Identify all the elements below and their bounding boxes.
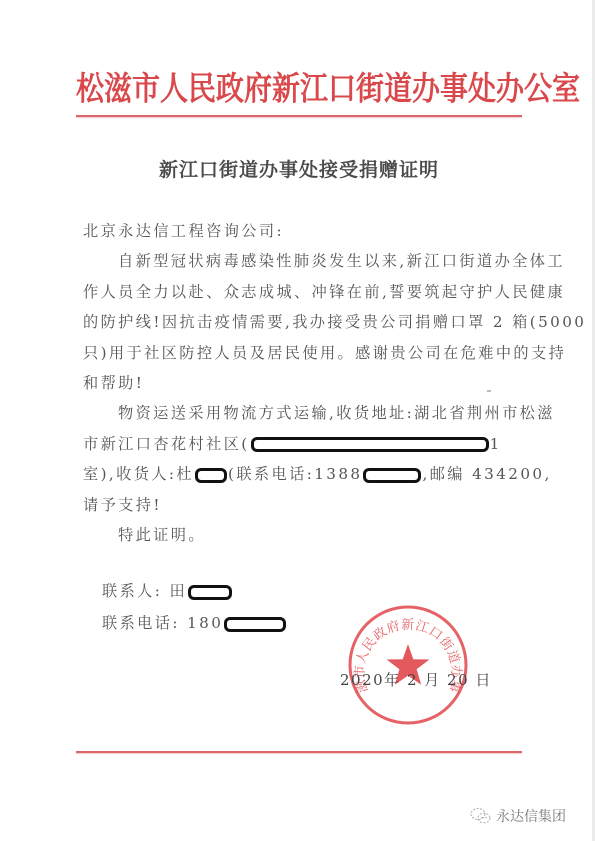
address-suffix: 1: [490, 435, 502, 453]
closing-statement: 特此证明。: [83, 520, 523, 550]
letterhead-rule-bottom: [76, 751, 522, 753]
paragraph-line: 作人员全力以赴、众志成城、冲锋在前,誓要筑起守护人民健康: [83, 277, 523, 307]
paragraph-gratitude: 自新型冠状病毒感染性肺炎发生以来,新江口街道办全体工: [83, 246, 523, 276]
paragraph-line: 只)用于社区防控人员及居民使用。感谢贵公司在危难中的支持: [83, 338, 523, 368]
contact-block: 联系人: 田 联系电话: 180: [102, 575, 287, 639]
redaction-contact-name: [188, 585, 232, 600]
contact-person: 联系人: 田: [102, 575, 287, 607]
paragraph-shipping-cont: 市新江口杏花村社区(1 室),收货人:杜(联系电话:1388,邮编 434200…: [83, 429, 523, 520]
watermark-label: 永达信集团: [496, 806, 566, 826]
contact-phone-label: 联系电话:: [102, 614, 180, 632]
official-seal: 松滋市人民政府新江口街道办事处: [347, 604, 469, 726]
recipient-prefix: 室),收货人:杜: [83, 465, 194, 483]
paragraph-line: 请予支持!: [83, 490, 523, 520]
letterhead-rule-top: [76, 115, 522, 117]
paragraph-line: 市新江口杏花村社区(1: [83, 429, 523, 459]
letterhead-title: 松滋市人民政府新江口街道办事处办公室: [76, 66, 522, 112]
postal-code: ,邮编 434200,: [422, 465, 551, 483]
document-title: 新江口街道办事处接受捐赠证明: [76, 155, 522, 182]
redaction-recipient-name: [195, 468, 227, 483]
paragraph-shipping: 物资运送采用物流方式运输,收货地址:湖北省荆州市松滋: [83, 398, 523, 428]
wechat-icon: [470, 807, 492, 825]
redaction-recipient-phone: [363, 468, 421, 483]
paragraph-line: 的防护线!因抗击疫情需要,我办接受贵公司捐赠口罩 2 箱(5000: [83, 307, 523, 337]
paragraph-line: 室),收货人:杜(联系电话:1388,邮编 434200,: [83, 459, 523, 489]
scan-mark: [487, 390, 491, 392]
redaction-address: [251, 437, 489, 452]
paragraph-line: 物资运送采用物流方式运输,收货地址:湖北省荆州市松滋: [83, 398, 523, 428]
paragraph-line: 和帮助!: [83, 368, 523, 398]
salutation: 北京永达信工程咨询公司:: [83, 216, 523, 246]
paragraph-line: 自新型冠状病毒感染性肺炎发生以来,新江口街道办全体工: [83, 246, 523, 276]
redaction-contact-phone: [224, 617, 286, 632]
contact-phone: 联系电话: 180: [102, 607, 287, 639]
contact-phone-value: 180: [187, 614, 223, 632]
address-prefix: 市新江口杏花村社区(: [83, 435, 250, 453]
recipient-phone: (联系电话:1388: [228, 465, 362, 483]
signing-date: 2020年 2 月 20 日: [340, 669, 492, 690]
document-body: 北京永达信工程咨询公司: 自新型冠状病毒感染性肺炎发生以来,新江口街道办全体工 …: [83, 216, 523, 550]
paragraph-gratitude-cont: 作人员全力以赴、众志成城、冲锋在前,誓要筑起守护人民健康 的防护线!因抗击疫情需…: [83, 277, 523, 399]
contact-person-label: 联系人:: [102, 582, 162, 600]
contact-person-value: 田: [170, 582, 188, 600]
wechat-watermark: 永达信集团: [470, 806, 566, 826]
